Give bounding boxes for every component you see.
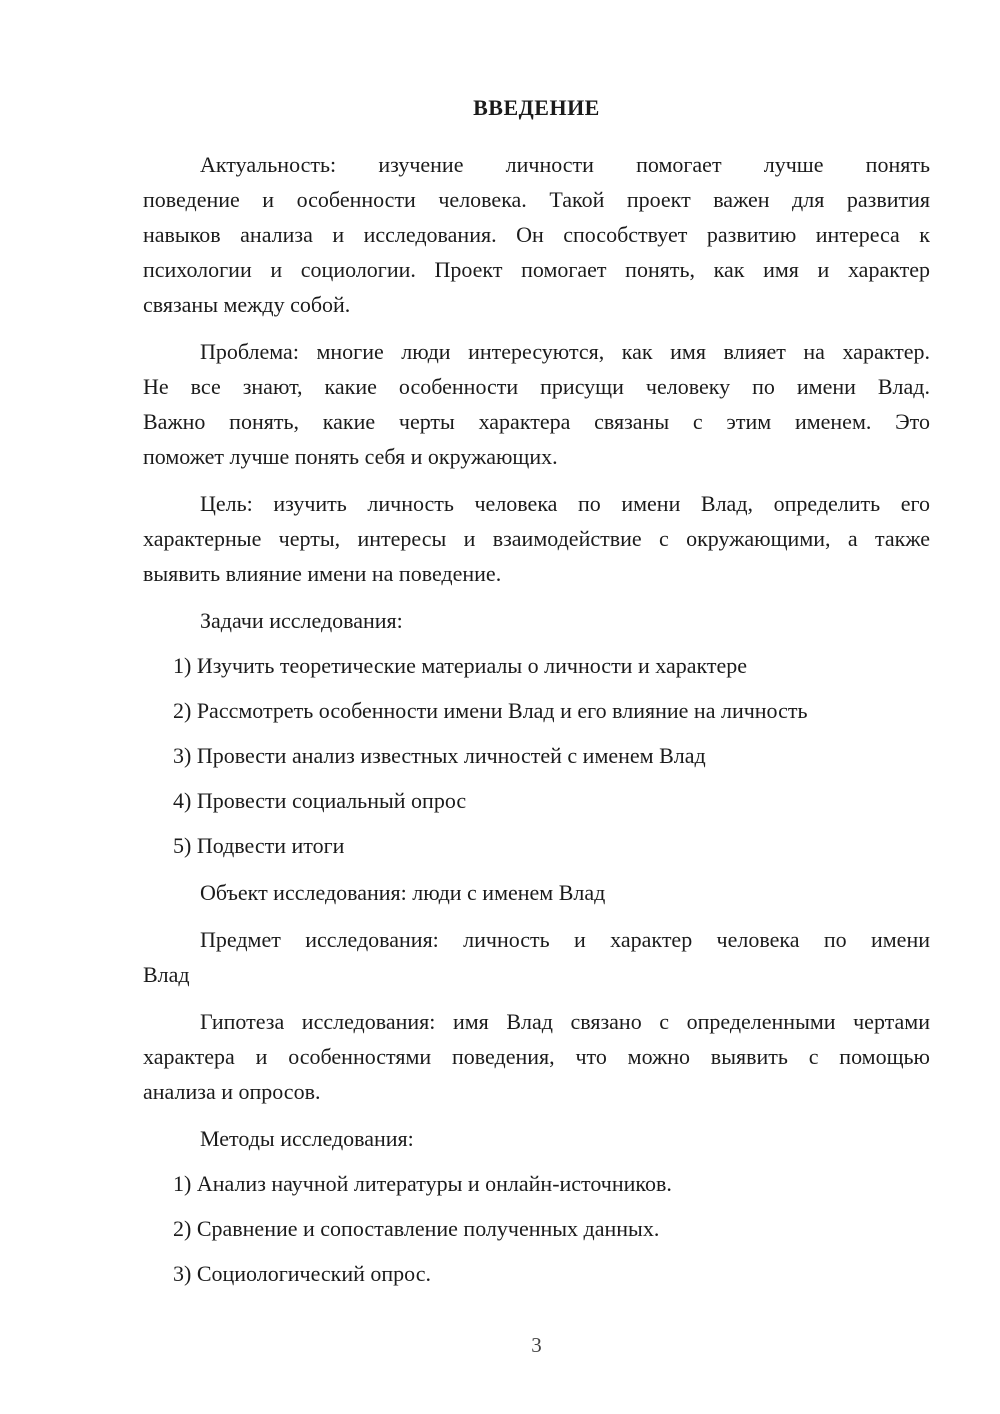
text-line: Влад bbox=[143, 957, 930, 992]
task-list-item: 2) Рассмотреть особенности имени Влад и … bbox=[173, 693, 930, 728]
tasks-list: 1) Изучить теоретические материалы о лич… bbox=[143, 648, 930, 863]
text-line: связаны между собой. bbox=[143, 287, 930, 322]
paragraph-problem: Проблема: многие люди интересуются, как … bbox=[143, 334, 930, 474]
task-list-item: 3) Провести анализ известных личностей с… bbox=[173, 738, 930, 773]
text-line: Актуальность: изучение личности помогает… bbox=[143, 147, 930, 182]
page-number: 3 bbox=[143, 1330, 930, 1360]
paragraph-actuality: Актуальность: изучение личности помогает… bbox=[143, 147, 930, 322]
text-line: Гипотеза исследования: имя Влад связано … bbox=[143, 1004, 930, 1039]
text-line: Не все знают, какие особенности присущи … bbox=[143, 369, 930, 404]
page-title: ВВЕДЕНИЕ bbox=[143, 90, 930, 125]
text-line: поможет лучше понять себя и окружающих. bbox=[143, 439, 930, 474]
method-list-item: 2) Сравнение и сопоставление полученных … bbox=[173, 1211, 930, 1246]
paragraph-object: Объект исследования: люди с именем Влад bbox=[143, 875, 930, 910]
methods-heading: Методы исследования: bbox=[143, 1121, 930, 1156]
text-line: Проблема: многие люди интересуются, как … bbox=[143, 334, 930, 369]
document-page: ВВЕДЕНИЕ Актуальность: изучение личности… bbox=[0, 0, 1000, 1414]
task-list-item: 4) Провести социальный опрос bbox=[173, 783, 930, 818]
text-line: Цель: изучить личность человека по имени… bbox=[143, 486, 930, 521]
text-line: Предмет исследования: личность и характе… bbox=[143, 922, 930, 957]
task-list-item: 1) Изучить теоретические материалы о лич… bbox=[173, 648, 930, 683]
paragraph-goal: Цель: изучить личность человека по имени… bbox=[143, 486, 930, 591]
text-line: характера и особенностями поведения, что… bbox=[143, 1039, 930, 1074]
text-line: навыков анализа и исследования. Он спосо… bbox=[143, 217, 930, 252]
text-line: психологии и социологии. Проект помогает… bbox=[143, 252, 930, 287]
text-line: Важно понять, какие черты характера связ… bbox=[143, 404, 930, 439]
text-line: выявить влияние имени на поведение. bbox=[143, 556, 930, 591]
text-line: анализа и опросов. bbox=[143, 1074, 930, 1109]
text-line: поведение и особенности человека. Такой … bbox=[143, 182, 930, 217]
method-list-item: 1) Анализ научной литературы и онлайн-ис… bbox=[173, 1166, 930, 1201]
methods-list: 1) Анализ научной литературы и онлайн-ис… bbox=[143, 1166, 930, 1291]
paragraph-hypothesis: Гипотеза исследования: имя Влад связано … bbox=[143, 1004, 930, 1109]
text-line: характерные черты, интересы и взаимодейс… bbox=[143, 521, 930, 556]
method-list-item: 3) Социологический опрос. bbox=[173, 1256, 930, 1291]
tasks-heading: Задачи исследования: bbox=[143, 603, 930, 638]
task-list-item: 5) Подвести итоги bbox=[173, 828, 930, 863]
paragraph-subject: Предмет исследования: личность и характе… bbox=[143, 922, 930, 992]
